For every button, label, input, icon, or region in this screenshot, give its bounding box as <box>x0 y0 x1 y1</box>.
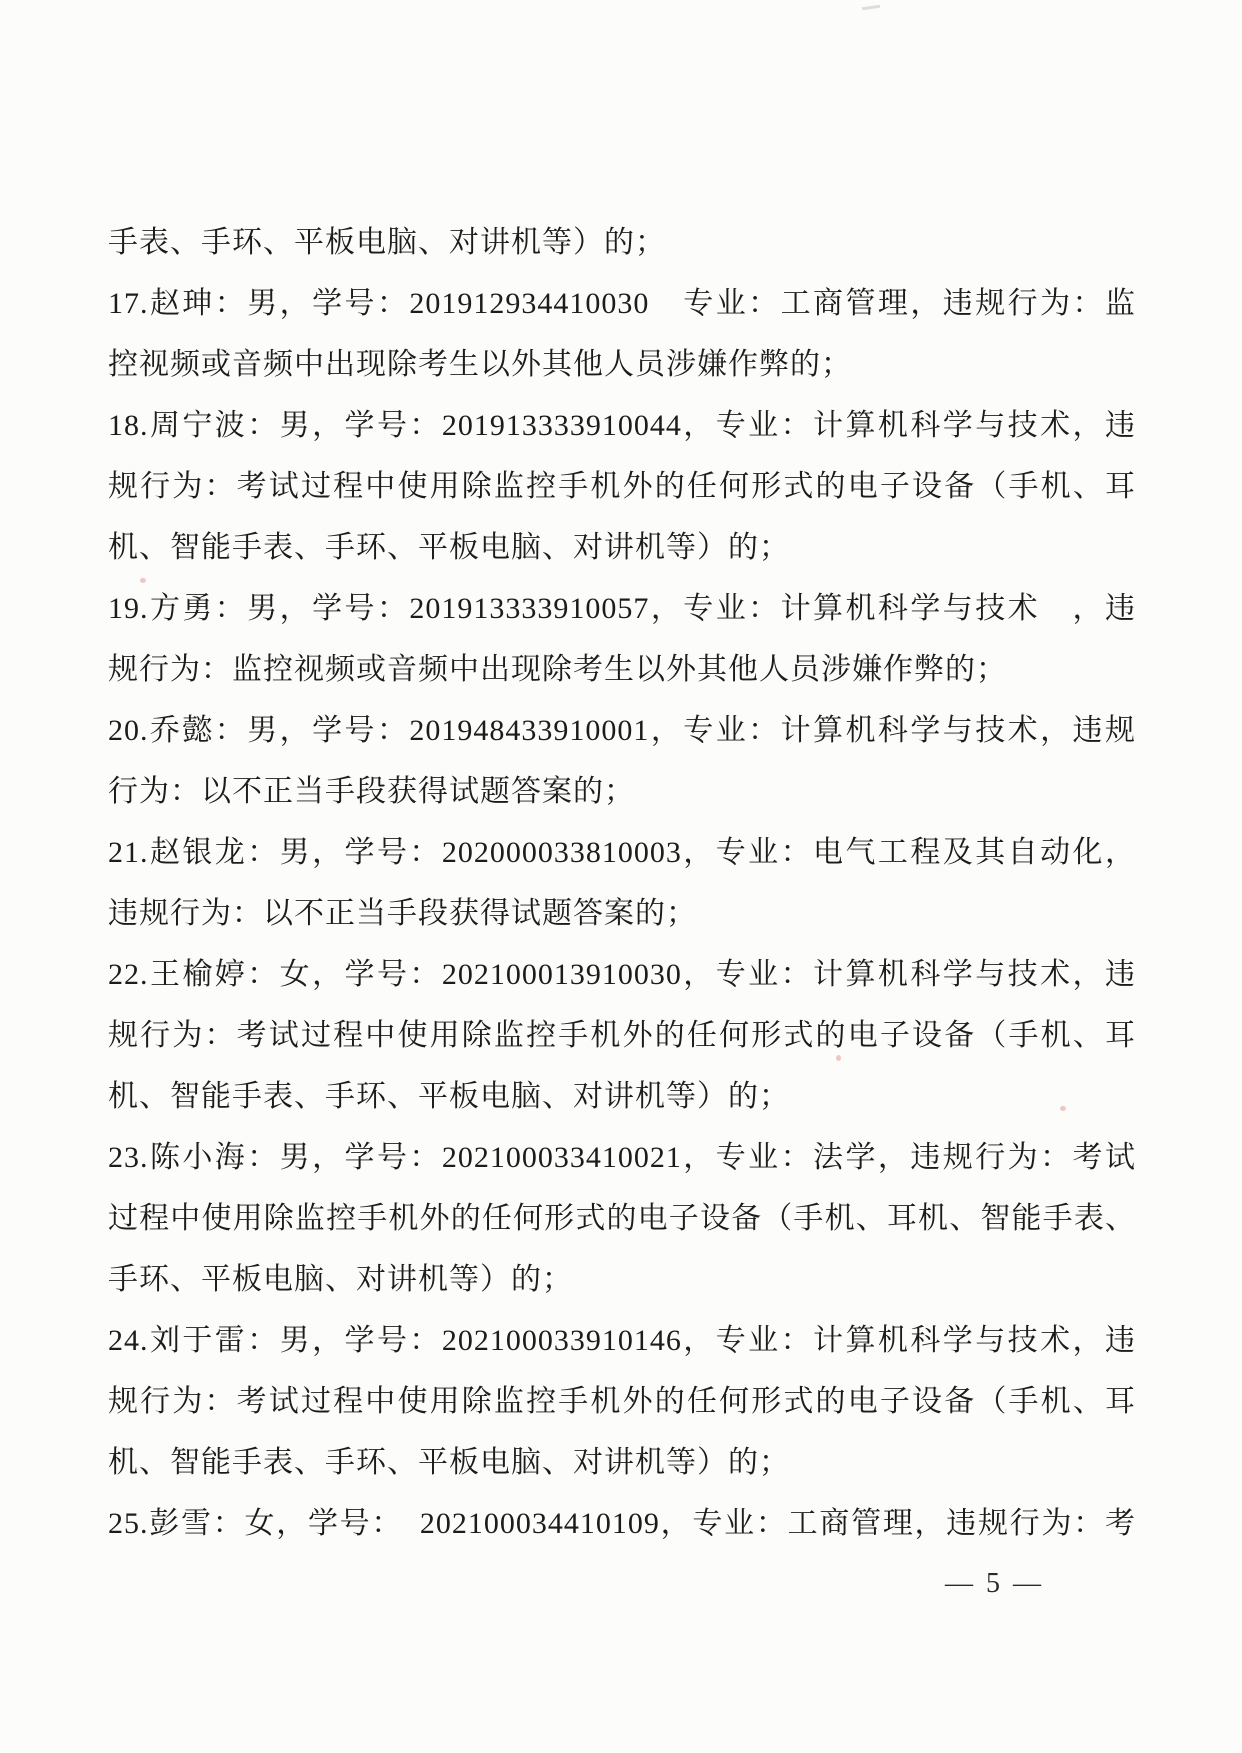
text-line: 规行为：考试过程中使用除监控手机外的任何形式的电子设备（手机、耳 <box>108 456 1136 517</box>
text-line: 控视频或音频中出现除考生以外其他人员涉嫌作弊的； <box>108 334 1136 395</box>
text-line: 20.乔懿：男，学号：201948433910001，专业：计算机科学与技术，违… <box>108 700 1136 761</box>
text-line: 机、智能手表、手环、平板电脑、对讲机等）的； <box>108 1066 1136 1127</box>
text-line: 行为：以不正当手段获得试题答案的； <box>108 761 1136 822</box>
text-line: 22.王榆婷：女，学号：202100013910030，专业：计算机科学与技术，… <box>108 944 1136 1005</box>
scan-artifact <box>836 1055 841 1061</box>
scan-smudge <box>862 5 880 10</box>
text-line: 手表、手环、平板电脑、对讲机等）的； <box>108 212 1136 273</box>
text-line: 25.彭雪：女，学号： 202100034410109，专业：工商管理，违规行为… <box>108 1493 1136 1554</box>
text-line: 23.陈小海：男，学号：202100033410021，专业：法学，违规行为：考… <box>108 1127 1136 1188</box>
text-line: 规行为：监控视频或音频中出现除考生以外其他人员涉嫌作弊的； <box>108 639 1136 700</box>
text-line: 18.周宁波：男，学号：201913333910044，专业：计算机科学与技术，… <box>108 395 1136 456</box>
text-line: 19.方勇：男，学号：201913333910057，专业：计算机科学与技术 ，… <box>108 578 1136 639</box>
text-line: 21.赵银龙：男，学号：202000033810003，专业：电气工程及其自动化… <box>108 822 1136 883</box>
text-line: 过程中使用除监控手机外的任何形式的电子设备（手机、耳机、智能手表、 <box>108 1188 1136 1249</box>
text-line: 机、智能手表、手环、平板电脑、对讲机等）的； <box>108 517 1136 578</box>
text-line: 违规行为：以不正当手段获得试题答案的； <box>108 883 1136 944</box>
scan-artifact <box>1060 1106 1066 1111</box>
text-line: 手环、平板电脑、对讲机等）的； <box>108 1249 1136 1310</box>
text-line: 规行为：考试过程中使用除监控手机外的任何形式的电子设备（手机、耳 <box>108 1371 1136 1432</box>
text-line: 规行为：考试过程中使用除监控手机外的任何形式的电子设备（手机、耳 <box>108 1005 1136 1066</box>
scan-artifact <box>140 578 146 583</box>
text-line: 机、智能手表、手环、平板电脑、对讲机等）的； <box>108 1432 1136 1493</box>
scanned-document-page: { "doc": { "lines": [ "手表、手环、平板电脑、对讲机等）的… <box>0 0 1242 1753</box>
text-line: 17.赵珅：男，学号：201912934410030 专业：工商管理，违规行为：… <box>108 273 1136 334</box>
page-number: — 5 — <box>945 1568 1044 1600</box>
document-body: 手表、手环、平板电脑、对讲机等）的； 17.赵珅：男，学号：2019129344… <box>108 212 1136 1554</box>
text-line: 24.刘于雷：男，学号：202100033910146，专业：计算机科学与技术，… <box>108 1310 1136 1371</box>
